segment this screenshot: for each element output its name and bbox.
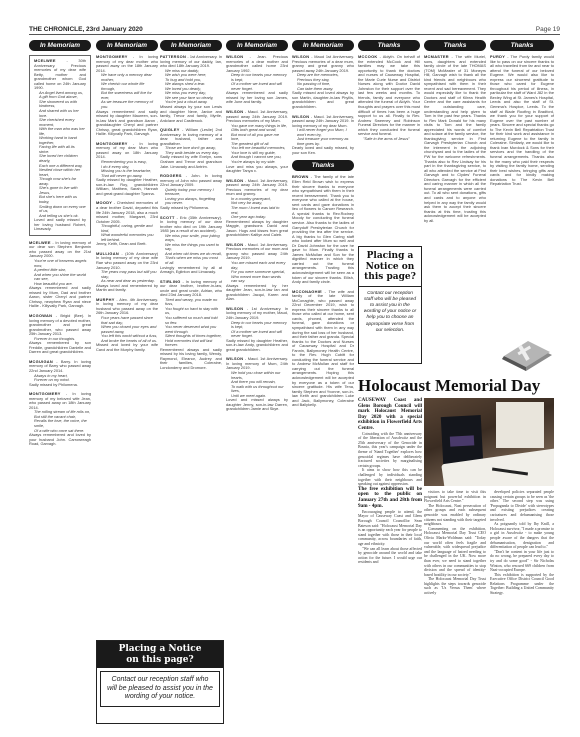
bible-icon: [498, 337, 554, 373]
column-in-memoriam-1: In Memoriam MCELWEE - 30th Anniversary. …: [29, 40, 91, 452]
section-header-in-memoriam: In Memoriam: [292, 40, 354, 51]
notice-text: WILSON - Maud 1st Anniversary. Precious …: [292, 55, 354, 73]
notice-verse: The years may pass but still you stay,As…: [96, 270, 158, 284]
article-column-2: visitors to take time to visit this poig…: [424, 490, 486, 596]
article-paragraph: visitors to take time to visit this poig…: [424, 490, 486, 504]
notice-entry: WILSON - Maud. 1st Anniversary. Precious…: [226, 243, 288, 302]
notice-verse: We hold you close within our hearts,And …: [226, 371, 288, 398]
notice-entry: MCGOWAN - Brigid (Bee). In loving memory…: [29, 314, 91, 355]
notice-verse: We miss your smile, your joking ways,We …: [160, 234, 222, 266]
notice-closing: Always remembered and sadly missed by Mu…: [29, 286, 91, 309]
notice-text: BROWN - The family of the late Ellen Rei…: [292, 175, 354, 284]
notice-entry: MOODY - Cherished memories of a dear bro…: [96, 201, 158, 246]
notice-closing: Loved and sadly missed by her loving hus…: [34, 218, 86, 232]
notice-verse: You gave me many things in life,Gifts bo…: [226, 124, 288, 165]
notice-entry: PATTERSON - 1st Anniversary. In loving m…: [160, 55, 222, 123]
notice-entry: QUIGLEY - William (Leslie) 2nd Anniversa…: [160, 128, 222, 169]
notice-text: WILSON - Maud. 1st Anniversary. In lovin…: [226, 357, 288, 371]
notice-verse: Deep in our hearts your memory is kept,O…: [226, 321, 288, 339]
notice-intro: - The Purdy family would like to pass on…: [490, 54, 554, 186]
notice-text: WILSON - 1st Anniversary. In loving memo…: [226, 307, 288, 321]
notice-verse: Remembering you is easy,I do it every da…: [96, 160, 158, 178]
notice-text: MCELWEE - In loving memory of our dear s…: [29, 241, 91, 259]
notice-entry: STIRLING - In loving memory of our dear …: [160, 280, 222, 371]
notice-entry: MONTGOMERY - In loving memory of my belo…: [29, 392, 91, 447]
notice-intro: - Aldyth. On behalf of the extended McCo…: [358, 54, 420, 136]
notice-entry: MCCONAGHIE - The wife and family of the …: [292, 290, 354, 408]
section-header-in-memoriam: In Memoriam: [160, 40, 222, 51]
notice-text: MOODY - Cherished memories of a dear bro…: [96, 201, 158, 224]
article-paragraph: "We can all learn about those affected b…: [358, 547, 422, 565]
notice-verse: We miss our daddy,We wish you were here,…: [160, 69, 222, 105]
notice-intro: - The family of the late Ellen Reid Brow…: [292, 174, 354, 284]
article-paragraph: Commenting on the exhibition, Holocaust …: [424, 527, 486, 578]
notice-entry: MCCOOK - Aldyth. On behalf of the extend…: [358, 55, 420, 141]
notice-verse: Tired and weary, you made no fuss,You fo…: [160, 298, 222, 348]
notice-entry: WILSON - Maud. 1st Anniversary, passed a…: [292, 115, 354, 156]
notice-text: WILSON - Maud. 1st Anniversary, passed a…: [226, 110, 288, 124]
placing-notice-body: Contact our reception staff who will be …: [100, 671, 220, 707]
notice-verse: Deep in our hearts your memory is kept,O…: [226, 73, 288, 91]
notice-text: MCELWEE - 30th Anniversary. Precious mem…: [34, 59, 86, 91]
article-paragraph: As poignantly told by Iby Knill, a Holoc…: [490, 522, 554, 550]
notice-closing: Lovingly remembered by all at Armagh, Eg…: [160, 266, 222, 275]
notice-entry: MONTGOMERY - In loving memory of my dear…: [96, 55, 158, 137]
notice-text: STIRLING - In loving memory of our dear …: [160, 280, 222, 298]
article-paragraph: The Holocaust, Nazi persecution of other…: [424, 504, 486, 527]
notice-entry: MCELWEE - In loving memory of our dear s…: [29, 241, 91, 309]
notice-verse: We have only a memory dear mother,We che…: [96, 73, 158, 109]
article-column-3: developed policies separated people caus…: [490, 490, 554, 596]
column-thanks-mccook: Thanks MCCOOK - Aldyth. On behalf of the…: [358, 40, 420, 146]
notice-closing: Always remembered and sadly missed by da…: [96, 110, 158, 137]
notice-entry: PURDY - The Purdy family would like to p…: [490, 55, 554, 187]
notice-entry: WILSON - 1st Anniversary. In loving memo…: [226, 307, 288, 352]
notice-text: MCGUIGAN - Barry. In loving memory of Ba…: [29, 360, 91, 374]
placing-notice-box-2: Placing a Notice on this page? Contact o…: [358, 246, 422, 364]
verse-line: "Safe in the arms of Jesus": [363, 137, 420, 142]
notice-entry: WILSON - Maud. 1st Anniversary. In lovin…: [226, 357, 288, 412]
newspaper-page: THE CHRONICLE, 23rd January 2020 Page 19…: [0, 0, 580, 737]
placing-notice-body-2: Contact our reception staff who will be …: [359, 287, 421, 338]
notice-text: MCCONAGHIE - The wife and family of the …: [292, 290, 354, 408]
notice-text: MCGOWAN - Brigid (Bee). In loving memory…: [29, 314, 91, 337]
notice-text: QUIGLEY - William (Leslie) 2nd Anniversa…: [160, 128, 222, 146]
notice-closing: Loved and missed always by daughter Jenn…: [226, 398, 288, 412]
notice-closing: Sadly missed by Philomena.: [29, 383, 91, 388]
notice-verse: An Angel lived among us,A gift from God …: [34, 91, 86, 218]
notice-entry: WILSON - Jean. Precious memories of a de…: [226, 55, 288, 105]
article-paragraph: This exhibition is supported by the Exec…: [490, 573, 554, 596]
column-in-memoriam-2: In Memoriam MONTGOMERY - In loving memor…: [96, 40, 158, 357]
notice-text: MONTGOMERY - In loving memory of my dear…: [96, 55, 158, 73]
notice-verse: The rolling stream of life rolls on,But …: [29, 410, 91, 433]
column-thanks-mcmaster: Thanks MCMASTER - The wife Muriel, sons,…: [424, 40, 486, 228]
notice-text: MONTGOMERY - In loving memory of my belo…: [29, 392, 91, 410]
notice-entry: MONTGOMERY - In loving memory of my dear…: [96, 142, 158, 197]
column-in-memoriam-4: In Memoriam WILSON - Jean. Precious memo…: [226, 40, 288, 417]
notice-closing: Missed always by your son Lewis and daug…: [160, 105, 222, 123]
notice-text: WILSON - Maud. 1st Anniversary, passed a…: [292, 115, 354, 129]
notice-text: MCCOOK - Aldyth. On behalf of the extend…: [358, 55, 420, 137]
notice-intro: - 30th Anniversary. Precious memories of…: [34, 58, 86, 90]
placing-notice-box: Placing a Notice on this page? Contact o…: [96, 640, 224, 724]
column-in-memoriam-5: In MemoriamWILSON - Maud 1st Anniversary…: [292, 40, 354, 413]
masthead: THE CHRONICLE, 23rd January 2020 Page 19: [29, 26, 560, 35]
section-header-in-memoriam: In Memoriam: [96, 40, 158, 51]
notice-closing: Sadly missed by Philomena.: [160, 206, 222, 211]
notice-verse: You are missed each and every day,For yo…: [226, 261, 288, 284]
notice-verse: I will never forget you Mum, I won't eve…: [292, 128, 354, 146]
notice-verse: Deep are the memories,Precious they stay…: [292, 73, 354, 91]
notice-closing: Jenny, Keith, Dean and Brett.: [96, 242, 158, 247]
article-paragraph: It aims to show how this can be challeng…: [358, 468, 422, 486]
notice-closing: Remembered always and sadly missed by hi…: [160, 348, 222, 371]
article-headline: Holocaust Memorial Day: [358, 376, 580, 396]
publication-dateline: THE CHRONICLE, 23rd January 2020: [29, 26, 143, 33]
notice-verse: "Safe in the arms of Jesus": [358, 137, 420, 142]
notice-closing: Love and miss you always, your daughter …: [226, 165, 288, 174]
placing-notice-title: Placing a Notice on this page?: [97, 641, 223, 668]
notice-text: WILSON - Maud. 1st Anniversary, passed a…: [226, 179, 288, 197]
column-in-memoriam-3: In Memoriam PATTERSON - 1st Anniversary.…: [160, 40, 222, 376]
article-exhibition-dates: The free exhibition will be open to the …: [358, 487, 422, 510]
notice-text: PURDY - The Purdy family would like to p…: [490, 55, 554, 187]
notice-text: MCMASTER - The wife Muriel, sons, daught…: [424, 55, 486, 223]
notice-verse: Quietly today your memory I treasure,Lov…: [160, 188, 222, 206]
article-lead: CAUSEWAY Coast and Glens Borough Council…: [358, 398, 422, 432]
article-paragraph: "Don't be content in your life just to d…: [490, 550, 554, 573]
page-number: Page 19: [536, 26, 560, 33]
article-column-1: CAUSEWAY Coast and Glens Borough Council…: [358, 398, 422, 565]
notice-closing: Always remembered and sadly missed by he…: [226, 91, 288, 105]
notice-closing: Always loved and remembered by Martin an…: [96, 284, 158, 293]
article-paragraph: Encouraging people to attend, the Mayor …: [358, 510, 422, 547]
notice-text: SCOTT - Eric (35th Anniversary). In lovi…: [160, 216, 222, 234]
notice-closing: Sadly missed by daughter Heather, son-in…: [96, 178, 158, 196]
section-header-in-memoriam: In Memoriam: [226, 40, 288, 51]
section-header-thanks: Thanks: [358, 40, 420, 51]
notice-entry: MCGUIGAN - Barry. In loving memory of Ba…: [29, 360, 91, 387]
section-header-thanks: Thanks: [292, 160, 354, 171]
notice-closing: Always remembered by son Freddie, grandc…: [29, 341, 91, 355]
notice-entry: MURPHY - Alex. 4th Anniversary. In lovin…: [96, 298, 158, 353]
notice-closing: Missed and loved by your wife Carol and …: [96, 343, 158, 352]
notice-intro: - The wife Muriel, sons, daughters and e…: [424, 54, 486, 223]
notice-verse: Your're one of heavens angels now,A perf…: [29, 259, 91, 286]
notice-verse: In a country graveyard,Not very far away…: [226, 197, 288, 220]
notice-verse: Four years have passed since that sad da…: [96, 316, 158, 343]
notice-text: MULLIGAN - (10th Anniversary) In loving …: [96, 252, 158, 270]
notice-text: RODGERS - John. In loving memory of John…: [160, 174, 222, 188]
section-header-in-memoriam: In Memoriam: [29, 40, 91, 51]
section-header-thanks: Thanks: [490, 40, 554, 51]
notice-entry: BROWN - The family of the late Ellen Rei…: [292, 175, 354, 284]
notice-closing: Always remembered by her daughter Jean, …: [226, 284, 288, 302]
notice-text: WILSON - Maud. 1st Anniversary. Precious…: [226, 243, 288, 261]
notice-entry: SCOTT - Eric (35th Anniversary). In lovi…: [160, 216, 222, 275]
notice-closing: Always remembered and loved by your husb…: [29, 433, 91, 447]
notice-entry: RODGERS - John. In loving memory of John…: [160, 174, 222, 210]
exhibition-photo: [424, 398, 554, 486]
notice-entry: WILSON - Maud. 1st Anniversary, passed a…: [226, 179, 288, 238]
notice-entry: MCELWEE - 30th Anniversary. Precious mem…: [29, 55, 91, 236]
notice-text: WILSON - Jean. Precious memories of a de…: [226, 55, 288, 73]
article-paragraph: Coinciding with the 75th anniversary of …: [358, 432, 422, 469]
notice-text: MONTGOMERY - In loving memory of my dear…: [96, 142, 158, 160]
notice-closing: Sadly missed by daughter Heather, son-in…: [226, 339, 288, 353]
notice-entry: MCMASTER - The wife Muriel, sons, daught…: [424, 55, 486, 223]
notice-text: PATTERSON - 1st Anniversary. In loving m…: [160, 55, 222, 69]
placing-notice-title-2: Placing a Notice on this page?: [359, 247, 421, 287]
notice-closing: Sadly missed by wife Evelyn, sons Graham…: [160, 155, 222, 169]
article-paragraph: The Holocaust Memorial Day Trust highlig…: [424, 577, 486, 595]
notice-closing: Sadly missed and loved always by son Mar…: [292, 91, 354, 109]
notice-verse: Thoughtful, caring, gentle and kind,What…: [96, 224, 158, 242]
section-header-thanks: Thanks: [424, 40, 486, 51]
column-thanks-purdy: ThanksPURDY - The Purdy family would lik…: [490, 40, 554, 192]
notice-text: MURPHY - Alex. 4th Anniversary. In lovin…: [96, 298, 158, 316]
article-paragraph: developed policies separated people caus…: [490, 490, 554, 522]
notice-entry: WILSON - Maud. 1st Anniversary, passed a…: [226, 110, 288, 174]
notice-entry: WILSON - Maud 1st Anniversary. Precious …: [292, 55, 354, 110]
notice-closing: Dearly loved and sadly missed, by your s…: [292, 146, 354, 155]
notice-closing: Remembered always by daughter Maggie, gr…: [226, 220, 288, 238]
notice-intro: - The wife and family of the late Willia…: [292, 289, 354, 408]
notice-entry: MULLIGAN - (10th Anniversary) In loving …: [96, 252, 158, 293]
